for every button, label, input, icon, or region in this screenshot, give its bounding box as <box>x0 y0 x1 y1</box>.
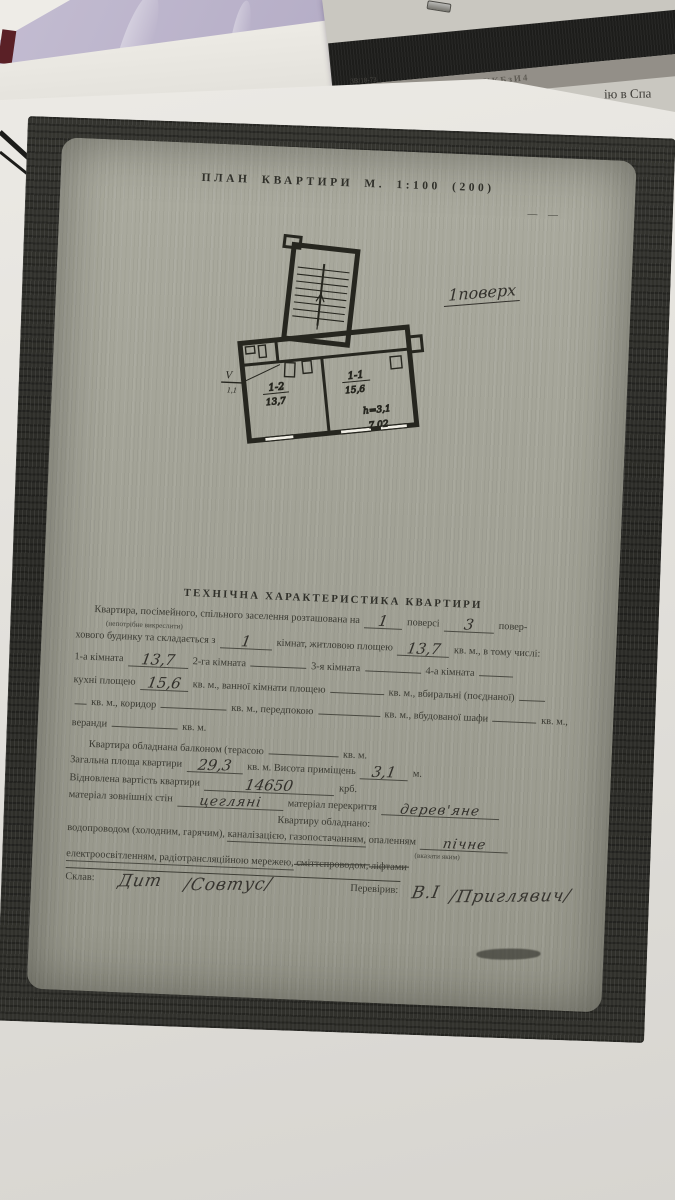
tech-text: опаленням <box>368 835 416 848</box>
handwritten-value: 3 <box>464 622 475 628</box>
blank-field <box>519 687 546 701</box>
tech-text-underlined: каналізацією, газопостачанням, <box>227 829 366 848</box>
blank-field <box>161 695 227 711</box>
tech-text: поверсі <box>407 617 440 629</box>
blank-field: 1 <box>220 635 272 650</box>
tech-text-underlined: електроосвітленням, радіотрансляційною м… <box>66 848 294 871</box>
made-by-label: Склав: <box>65 871 95 883</box>
tech-text: повер- <box>499 621 528 633</box>
room2-area: 15,6 <box>345 384 366 396</box>
tech-text: кв. м., вбудованої шафи <box>384 709 488 724</box>
blank-field <box>479 664 514 678</box>
photo-of-document: УКБзИ4 3В/18-73 ію в Спа ПЛАН КВАРТИРИ М… <box>0 0 675 1200</box>
tech-text-struck: сміттєпроводом, <box>296 858 369 872</box>
tech-text: 2-га кімната <box>192 657 246 670</box>
handwritten-value: 1 <box>241 638 252 644</box>
handwritten-value: цегляні <box>199 798 262 805</box>
tech-text: кв. м., <box>541 716 568 728</box>
tech-text: кв. м., ванної кімнати площею <box>192 679 325 696</box>
checked-by-name: /Приглявич/ <box>448 886 573 907</box>
blank-field <box>493 709 538 724</box>
blank-field: 3,1 <box>360 767 409 782</box>
floor-plan-drawing: 1-2 13,7 1-1 15,6 h=3,1 7,02 V 1,1 <box>214 230 458 465</box>
blank-field: 3 <box>444 619 495 634</box>
tech-text: кв. м. <box>343 750 368 762</box>
room1-area: 13,7 <box>265 396 286 408</box>
blank-field: цегляні <box>177 793 283 810</box>
handwritten-value: 1 <box>378 618 389 624</box>
made-by-signature: Дит <box>116 871 164 892</box>
elevation-value: 1,1 <box>227 385 237 394</box>
checked-by-signature: В.І <box>410 883 442 903</box>
page-title: ПЛАН КВАРТИРИ М. 1:100 (200) <box>61 167 636 200</box>
handwritten-value: 13,7 <box>141 657 175 664</box>
made-by-name: /Совтус/ <box>182 875 274 896</box>
tech-text: кімнат, житловою площею <box>276 638 393 654</box>
tech-text: 1-а кімната <box>74 652 124 665</box>
blank-field: 15,6 <box>140 677 189 692</box>
tech-text: кв. м., в тому числі: <box>454 645 541 660</box>
blank-field <box>318 701 380 717</box>
tech-text: кухні площею <box>73 674 135 688</box>
handwritten-value: 3,1 <box>372 769 397 776</box>
tech-text: крб. <box>339 783 357 795</box>
handwritten-value: пічне <box>442 841 486 848</box>
tech-text-struck: ліфтами <box>371 861 407 873</box>
blank-field <box>250 654 306 669</box>
elevation-mark: V <box>225 369 233 381</box>
room2-label: 1-1 <box>347 370 364 383</box>
tech-text: 4-а кімната <box>425 666 475 679</box>
photocopied-plan-page: ПЛАН КВАРТИРИ М. 1:100 (200) — — <box>27 137 637 1012</box>
room1-label: 1-2 <box>268 381 285 394</box>
handwritten-value: дерев'яне <box>400 806 481 814</box>
blank-field <box>268 742 338 758</box>
tech-text: водопроводом (холодним, гарячим), <box>67 822 225 840</box>
tech-text: матеріал перекриття <box>288 798 378 813</box>
blank-field <box>330 679 384 694</box>
handwritten-value: 14650 <box>245 781 294 788</box>
tech-text: кв. м., передпокою <box>231 703 314 717</box>
tech-text: веранди <box>72 717 108 729</box>
blank-field: 13,7 <box>397 643 449 658</box>
tech-text: кв. м., вбиральні (поєднаної) <box>388 687 514 703</box>
checked-by-label: Перевірив: <box>350 883 398 896</box>
tech-text: Відновлена вартість квартири <box>69 772 200 788</box>
tech-text: Квартиру обладнано: <box>277 815 370 830</box>
tech-text: кв. м. Висота приміщень <box>247 762 356 778</box>
tech-text: м. <box>413 769 423 780</box>
height-note: h=3,1 <box>363 404 392 417</box>
tech-text: Загальна площа квартири <box>70 754 182 770</box>
ink-smudge <box>476 948 540 960</box>
blank-field <box>112 714 178 730</box>
handwritten-value: 29,3 <box>197 762 231 769</box>
handwritten-value: 13,7 <box>406 646 440 653</box>
technical-characteristics: ТЕХНІЧНА ХАРАКТЕРИСТИКА КВАРТИРИ Квартир… <box>65 582 590 912</box>
title-dashes: — — <box>527 209 562 221</box>
text-fragment: ію в Спа <box>604 86 652 103</box>
scanner-dark-background: ПЛАН КВАРТИРИ М. 1:100 (200) — — <box>0 116 675 1043</box>
tech-text: матеріал зовнішніх стін <box>69 789 173 804</box>
blank-field: дерев'яне <box>381 802 499 820</box>
blank-field: 13,7 <box>128 654 188 670</box>
handwritten-value: 15,6 <box>147 679 181 686</box>
blank-field: 1 <box>364 615 403 630</box>
blank-field <box>365 659 421 674</box>
tech-text: хового будинку та складається з <box>75 629 215 646</box>
tech-text: 3-я кімната <box>311 661 361 674</box>
tech-text: Квартира обладнана балконом (терасою <box>89 739 264 757</box>
width-note: 7,02 <box>368 419 389 431</box>
tech-text: кв. м. <box>182 722 207 734</box>
dark-red-object-edge <box>0 29 16 65</box>
blank-field: 29,3 <box>186 759 242 774</box>
tech-text: кв. м., коридор <box>91 697 156 711</box>
blank-field <box>75 691 88 704</box>
